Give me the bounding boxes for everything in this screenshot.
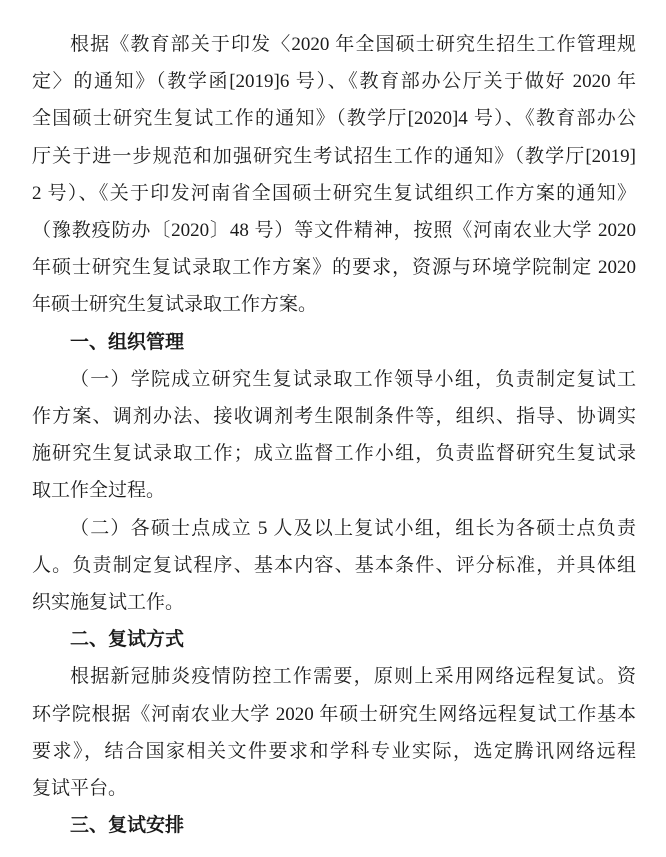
paragraph-line: 施研究生复试录取工作；成立监督工作小组，负责监督研究生复试录 [32, 435, 636, 472]
paragraph-line: 厅关于进一步规范和加强研究生考试招生工作的通知》（教学厅[2019] [32, 138, 636, 175]
paragraph-line: 全国硕士研究生复试工作的通知》（教学厅[2020]4 号）、《教育部办公 [32, 100, 636, 137]
paragraph-line: 环学院根据《河南农业大学 2020 年硕士研究生网络远程复试工作基本 [32, 696, 636, 733]
paragraph-line: 年硕士研究生复试录取工作方案。 [32, 286, 636, 323]
paragraph-method: 根据新冠肺炎疫情防控工作需要，原则上采用网络远程复试。资 环学院根据《河南农业大… [32, 658, 636, 807]
paragraph-line: 要求》，结合国家相关文件要求和学科专业实际，选定腾讯网络远程 [32, 733, 636, 770]
paragraph-line: 2 号）、《关于印发河南省全国硕士研究生复试组织工作方案的通知》 [32, 175, 636, 212]
document-page: 根据《教育部关于印发〈2020 年全国硕士研究生招生工作管理规 定〉的通知》（教… [0, 0, 666, 857]
paragraph-line: （一）学院成立研究生复试录取工作领导小组，负责制定复试工 [32, 361, 636, 398]
section-heading-organization: 一、组织管理 [32, 324, 636, 361]
paragraph-line: 复试平台。 [32, 770, 636, 807]
section-heading-schedule: 三、复试安排 [32, 807, 636, 844]
paragraph-line: 作方案、调剂办法、接收调剂考生限制条件等，组织、指导、协调实 [32, 398, 636, 435]
paragraph-org-item-1: （一）学院成立研究生复试录取工作领导小组，负责制定复试工 作方案、调剂办法、接收… [32, 361, 636, 510]
paragraph-line: 人。负责制定复试程序、基本内容、基本条件、评分标准，并具体组 [32, 547, 636, 584]
paragraph-line: 取工作全过程。 [32, 472, 636, 509]
paragraph-line: （二）各硕士点成立 5 人及以上复试小组，组长为各硕士点负责 [32, 510, 636, 547]
paragraph-line: （豫教疫防办〔2020〕48 号）等文件精神，按照《河南农业大学 2020 [32, 212, 636, 249]
paragraph-org-item-2: （二）各硕士点成立 5 人及以上复试小组，组长为各硕士点负责 人。负责制定复试程… [32, 510, 636, 622]
paragraph-line: 定〉的通知》（教学函[2019]6 号）、《教育部办公厅关于做好 2020 年 [32, 63, 636, 100]
section-heading-method: 二、复试方式 [32, 621, 636, 658]
paragraph-line: 根据《教育部关于印发〈2020 年全国硕士研究生招生工作管理规 [32, 26, 636, 63]
paragraph-line: 根据新冠肺炎疫情防控工作需要，原则上采用网络远程复试。资 [32, 658, 636, 695]
paragraph-line: 织实施复试工作。 [32, 584, 636, 621]
paragraph-intro: 根据《教育部关于印发〈2020 年全国硕士研究生招生工作管理规 定〉的通知》（教… [32, 26, 636, 324]
paragraph-line: 年硕士研究生复试录取工作方案》的要求，资源与环境学院制定 2020 [32, 249, 636, 286]
